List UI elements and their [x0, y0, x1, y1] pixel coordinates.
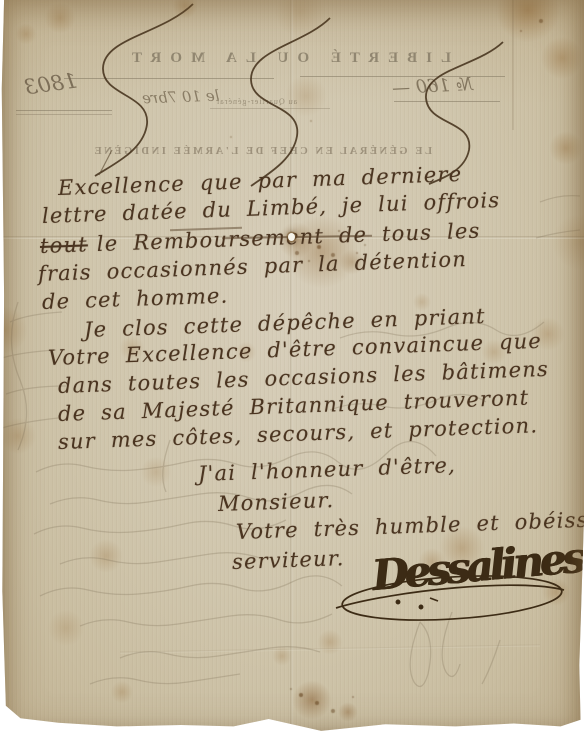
- closing-line: Monsieur.: [218, 490, 335, 515]
- handwriting-layer: Excellence que par ma derniere lettre da…: [0, 0, 584, 739]
- struck-word: tout: [40, 232, 89, 258]
- scanned-letter: LIBERTÉ OU LA MORT № 160 — 1803 le 10 7b…: [0, 0, 584, 739]
- closing-line: J'ai l'honneur d'être,: [198, 455, 457, 485]
- ink-speckles: [0, 0, 2, 2]
- paper-hole: [288, 233, 295, 241]
- paper-sheet: LIBERTÉ OU LA MORT № 160 — 1803 le 10 7b…: [0, 0, 584, 739]
- signature: Dessalines: [370, 533, 584, 600]
- handwritten-line: de cet homme.: [42, 285, 229, 312]
- closing-line: serviteur.: [232, 548, 345, 573]
